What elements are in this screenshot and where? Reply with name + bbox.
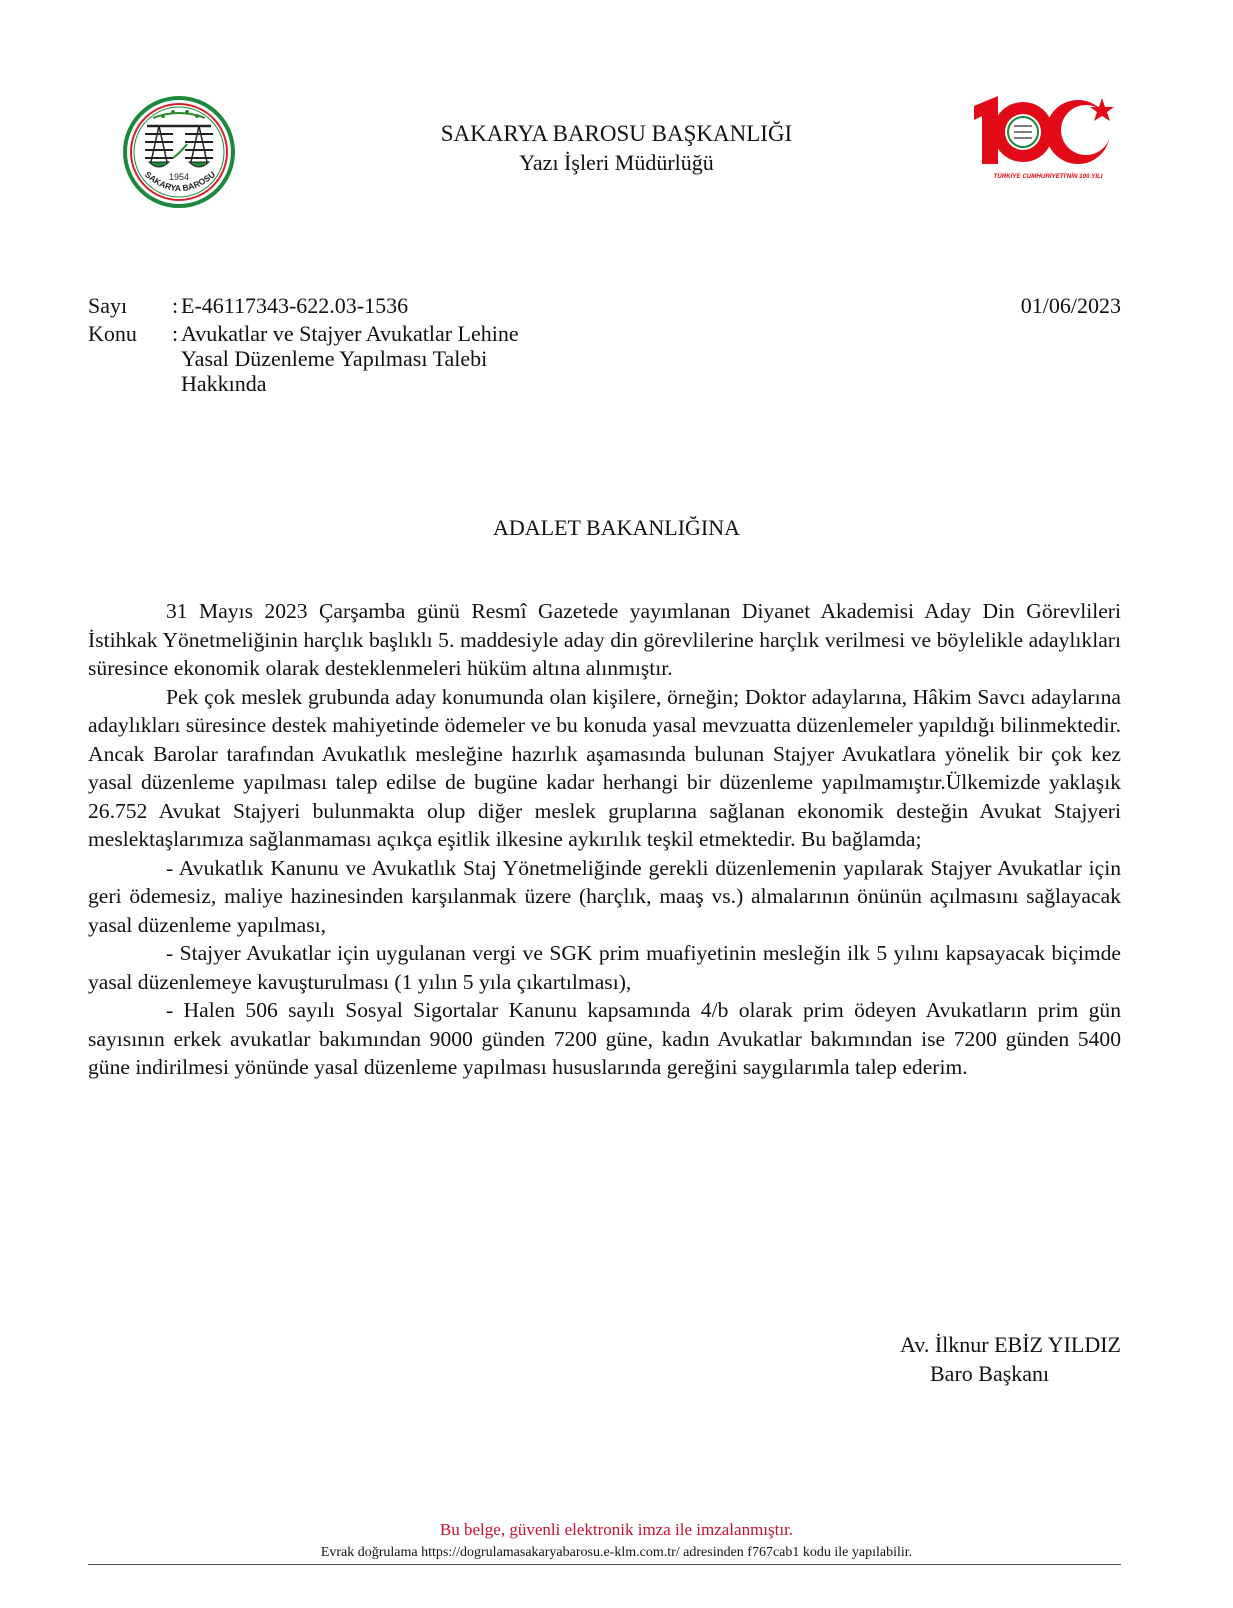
turkiye-100th-anniversary-icon: TÜRKİYE CUMHURİYETİ'NİN 100.YILI bbox=[968, 92, 1126, 184]
esignature-notice: Bu belge, güvenli elektronik imza ile im… bbox=[0, 1520, 1233, 1540]
signatory-name: Av. İlknur EBİZ YILDIZ bbox=[900, 1332, 1121, 1358]
body-list-item: - Stajyer Avukatlar için uygulanan vergi… bbox=[88, 939, 1121, 996]
document-date: 01/06/2023 bbox=[1021, 293, 1121, 319]
body-paragraph: Pek çok meslek grubunda aday konumunda o… bbox=[88, 683, 1121, 854]
recipient: ADALET BAKANLIĞINA bbox=[0, 515, 1233, 541]
footer-divider bbox=[88, 1564, 1121, 1565]
number-colon: : bbox=[172, 293, 178, 318]
body-paragraph: 31 Mayıs 2023 Çarşamba günü Resmî Gazete… bbox=[88, 597, 1121, 683]
body-list-item: - Avukatlık Kanunu ve Avukatlık Staj Yön… bbox=[88, 854, 1121, 940]
body-list-item: - Halen 506 sayılı Sosyal Sigortalar Kan… bbox=[88, 996, 1121, 1082]
subject-line-1: Avukatlar ve Stajyer Avukatlar Lehine bbox=[181, 321, 519, 346]
verification-notice: Evrak doğrulama https://dogrulamasakarya… bbox=[0, 1545, 1233, 1561]
letter-body: 31 Mayıs 2023 Çarşamba günü Resmî Gazete… bbox=[88, 597, 1121, 1082]
subject-colon: : bbox=[172, 321, 178, 346]
svg-text:TÜRKİYE CUMHURİYETİ'NİN 100.YI: TÜRKİYE CUMHURİYETİ'NİN 100.YILI bbox=[993, 173, 1102, 180]
subject-line-3: Hakkında bbox=[181, 371, 267, 396]
number-value: E-46117343-622.03-1536 bbox=[181, 293, 408, 318]
signatory-title: Baro Başkanı bbox=[930, 1361, 1049, 1387]
number-label: Sayı bbox=[88, 293, 127, 318]
subject-line-2: Yasal Düzenleme Yapılması Talebi bbox=[181, 346, 487, 371]
subject-label: Konu bbox=[88, 321, 137, 346]
